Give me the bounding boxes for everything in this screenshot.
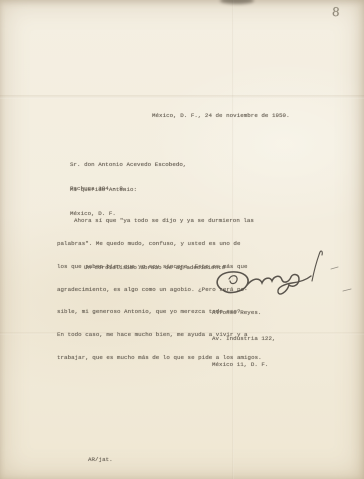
recipient-name: Sr. don Antonio Acevedo Escobedo,: [70, 161, 186, 169]
letter-page: 8 México, D. F., 24 de noviembre de 1950…: [0, 0, 364, 479]
page-number: 8: [332, 5, 341, 19]
scan-smudge: [220, 0, 254, 4]
signature-typed-name: Alfonso Reyes.: [212, 309, 276, 318]
closing-line: Un cordialísimo abrazo de agradecimiento: [84, 264, 225, 272]
typist-initials: AR/jat.: [88, 456, 113, 464]
body-line: Ahora sí que "ya todo se dijo y ya se du…: [57, 217, 262, 225]
horizontal-fold-crease: [0, 95, 364, 99]
signature-block: Alfonso Reyes. Av. Industria 122, México…: [212, 292, 276, 387]
salutation: Mi querido Antonio:: [70, 186, 137, 194]
body-line: palabras". Me quedo mudo, confuso, y ust…: [57, 240, 262, 248]
signature-street: Av. Industria 122,: [212, 335, 276, 344]
date-line: México, D. F., 24 de noviembre de 1950.: [152, 112, 290, 120]
signature-city: México 11, D. F.: [212, 361, 276, 370]
